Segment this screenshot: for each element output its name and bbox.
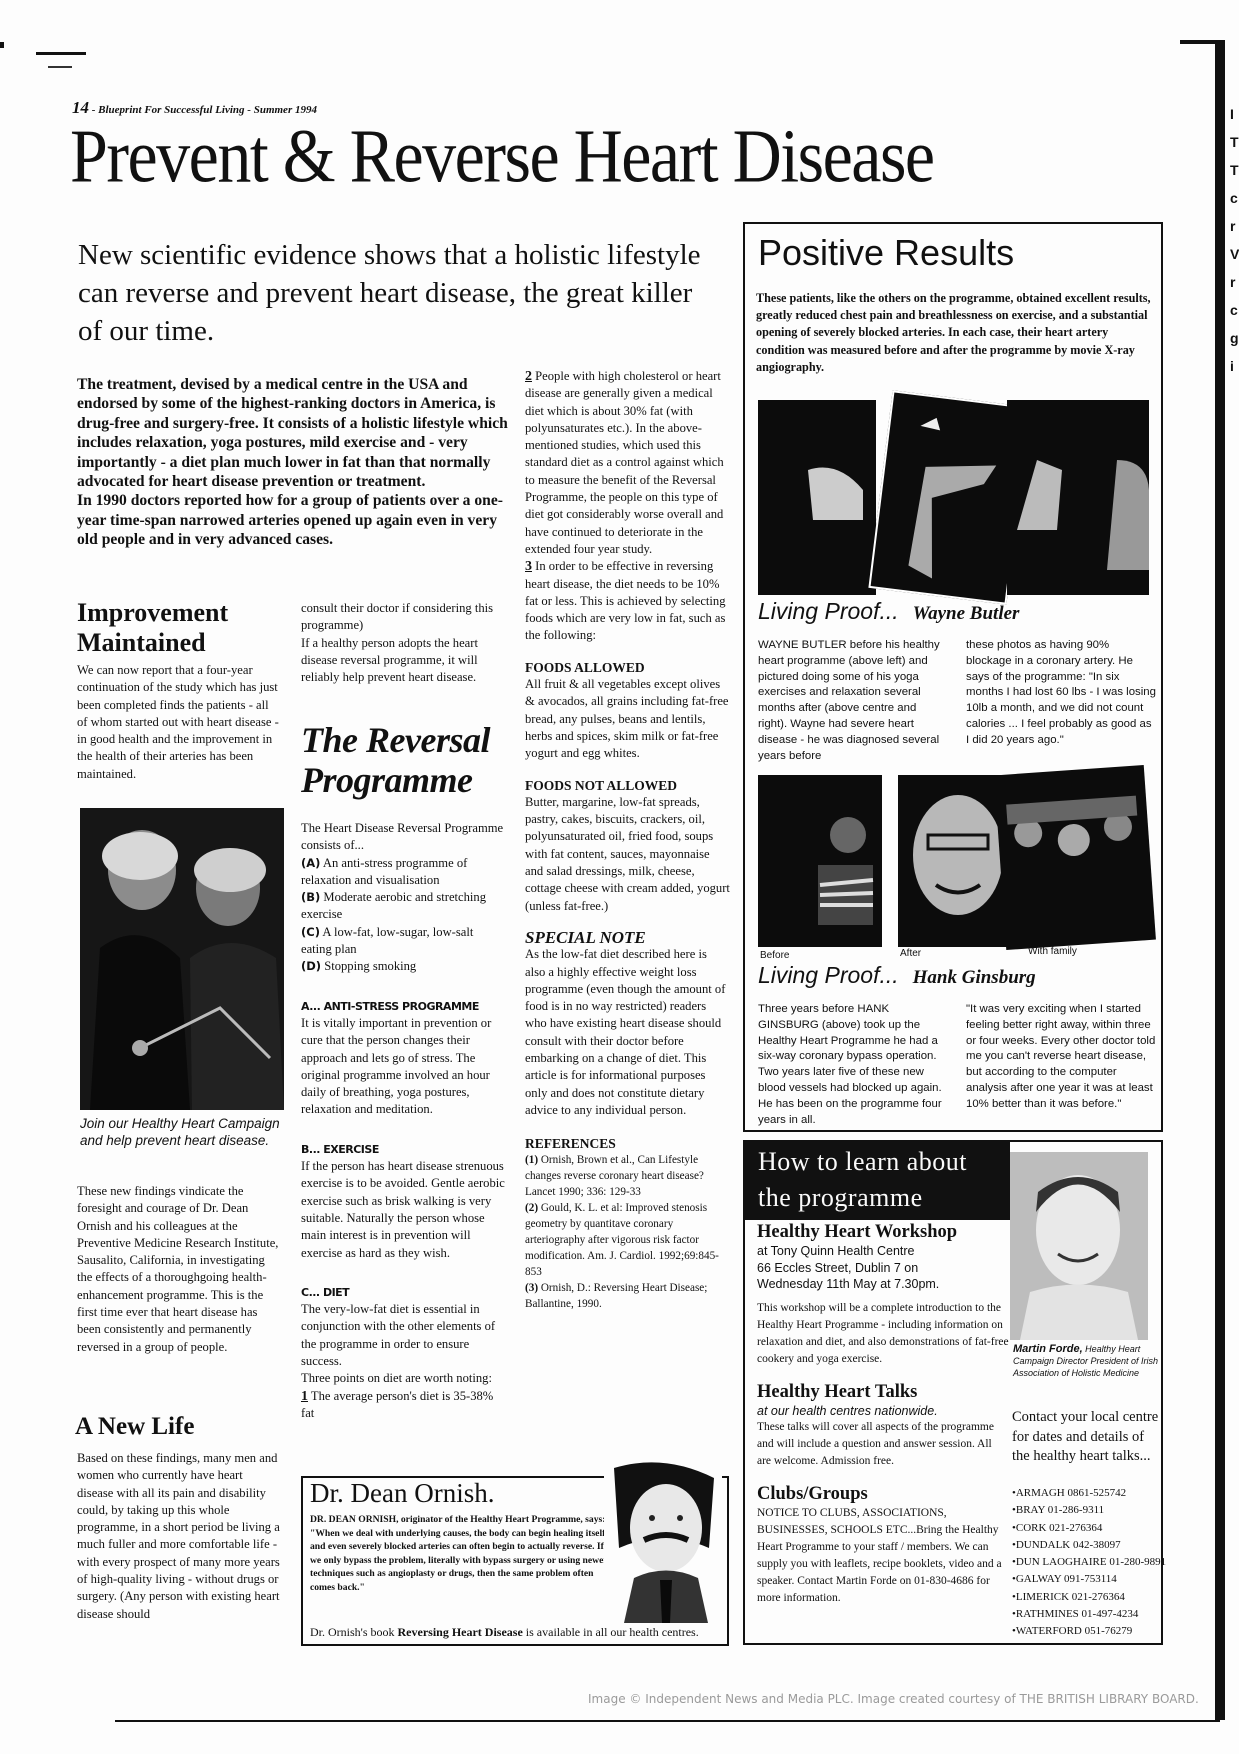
centre-item: •DUNDALK 042-38097 bbox=[1012, 1537, 1172, 1554]
positive-results-intro: These patients, like the others on the p… bbox=[756, 290, 1156, 376]
talks-sub: at our health centres nationwide. bbox=[757, 1403, 1007, 1420]
scan-mark bbox=[0, 42, 4, 48]
centre-item: •ARMAGH 0861-525742 bbox=[1012, 1485, 1172, 1502]
scan-mark bbox=[36, 52, 86, 55]
new-life-heading: A New Life bbox=[75, 1413, 194, 1441]
copyright-footer: Image © Independent News and Media PLC. … bbox=[588, 1692, 1199, 1706]
couple-photo-caption: Join our Healthy Heart Campaign and help… bbox=[80, 1115, 280, 1149]
hank-name: Hank Ginsburg bbox=[913, 967, 1036, 988]
living-proof-label: Living Proof... bbox=[758, 598, 899, 624]
improvement-heading: Improvement Maintained bbox=[77, 598, 277, 658]
diet-point-3: 3 In order to be effective in reversing … bbox=[525, 558, 730, 644]
wayne-name: Wayne Butler bbox=[913, 603, 1020, 624]
reversal-body: The Heart Disease Reversal Programme con… bbox=[301, 820, 506, 1422]
foods-not-allowed-body: Butter, margarine, low-fat spreads, past… bbox=[525, 794, 730, 915]
page-edge bbox=[1180, 40, 1218, 44]
reversal-item: (C) A low-fat, low-sugar, low-salt eatin… bbox=[301, 924, 506, 959]
book-title: Reversing Heart Disease bbox=[398, 1625, 523, 1639]
reversal-item: (A) An anti-stress programme of relaxati… bbox=[301, 855, 506, 890]
hank-caption-before: Before bbox=[760, 950, 789, 961]
workshop-address: 66 Eccles Street, Dublin 7 on bbox=[757, 1260, 1007, 1277]
talks-heading: Healthy Heart Talks bbox=[757, 1382, 1007, 1403]
foods-allowed-body: All fruit & all vegetables except olives… bbox=[525, 676, 730, 762]
standfirst: New scientific evidence shows that a hol… bbox=[78, 236, 718, 350]
ornish-book-note: Dr. Ornish's book Reversing Heart Diseas… bbox=[310, 1625, 699, 1640]
hank-photo-family bbox=[994, 765, 1156, 950]
page-edge bbox=[115, 1720, 1220, 1722]
wayne-heading: Living Proof...Wayne Butler bbox=[758, 598, 1019, 625]
hank-text-right: "It was very exciting when I started fee… bbox=[966, 1002, 1156, 1113]
learn-title: How to learn about the programme bbox=[758, 1144, 967, 1216]
reference-item: (3) Ornish, D.: Reversing Heart Disease;… bbox=[525, 1280, 730, 1312]
centre-item: •RATHMINES 01-497-4234 bbox=[1012, 1606, 1172, 1623]
diet-point-1: 1 The average person's diet is 35-38% fa… bbox=[301, 1388, 506, 1423]
reversal-heading: The Reversal Programme bbox=[301, 720, 511, 800]
special-note-heading: SPECIAL NOTE bbox=[525, 929, 730, 946]
lead-paragraph: The treatment, devised by a medical cent… bbox=[77, 375, 517, 550]
wayne-text-left: WAYNE BUTLER before his healthy heart pr… bbox=[758, 638, 948, 764]
diet-body: The very-low-fat diet is essential in co… bbox=[301, 1301, 506, 1370]
living-proof-label: Living Proof... bbox=[758, 962, 899, 988]
foods-not-allowed-heading: FOODS NOT ALLOWED bbox=[525, 777, 730, 794]
hank-heading: Living Proof...Hank Ginsburg bbox=[758, 962, 1036, 989]
col2-p1: consult their doctor if considering this… bbox=[301, 600, 506, 635]
talks-body: These talks will cover all aspects of th… bbox=[757, 1419, 1007, 1470]
page-edge bbox=[1215, 40, 1225, 1720]
new-life-body: Based on these findings, many men and wo… bbox=[77, 1450, 282, 1623]
improvement-body: We can now report that a four-year conti… bbox=[77, 662, 282, 783]
col3-body: 2 People with high cholesterol or heart … bbox=[525, 368, 730, 1312]
diet-heading: C... DIET bbox=[301, 1284, 506, 1301]
adjacent-page-edge-text: I T T c r V r c g i bbox=[1230, 100, 1239, 380]
centre-item: •BRAY 01-286-9311 bbox=[1012, 1502, 1172, 1519]
diet-point-2: 2 People with high cholesterol or heart … bbox=[525, 368, 730, 558]
hank-photo-before bbox=[758, 775, 882, 947]
col2-p2: If a healthy person adopts the heart dis… bbox=[301, 635, 506, 687]
workshop-body: This workshop will be a complete introdu… bbox=[757, 1300, 1012, 1368]
centre-item: •DUN LAOGHAIRE 01-280-9891 bbox=[1012, 1554, 1172, 1571]
page-title: Prevent & Reverse Heart Disease bbox=[70, 112, 934, 199]
scan-mark bbox=[48, 66, 72, 68]
centre-item: •WATERFORD 051-76279 bbox=[1012, 1623, 1172, 1640]
clubs-body: NOTICE TO CLUBS, ASSOCIATIONS, BUSINESSE… bbox=[757, 1505, 1007, 1607]
references-list: (1) Ornish, Brown et al., Can Lifestyle … bbox=[525, 1152, 730, 1312]
workshop-venue: at Tony Quinn Health Centre bbox=[757, 1243, 1007, 1260]
hank-caption-after: After bbox=[900, 948, 921, 959]
hank-caption-family: With family bbox=[1028, 946, 1077, 957]
exercise-body: If the person has heart disease strenuou… bbox=[301, 1158, 506, 1262]
centre-item: •GALWAY 091-753114 bbox=[1012, 1571, 1172, 1588]
couple-photo bbox=[80, 808, 284, 1110]
lead-p1: The treatment, devised by a medical cent… bbox=[77, 375, 517, 491]
wayne-photo-relaxation bbox=[1007, 400, 1149, 595]
col2-intro: consult their doctor if considering this… bbox=[301, 600, 506, 686]
reversal-item: (B) Moderate aerobic and stretching exer… bbox=[301, 889, 506, 924]
centre-item: •LIMERICK 021-276364 bbox=[1012, 1589, 1172, 1606]
learn-content: Healthy Heart Workshop at Tony Quinn Hea… bbox=[757, 1222, 1007, 1607]
reference-item: (2) Gould, K. L. et al: Improved stenosi… bbox=[525, 1200, 730, 1280]
positive-results-title: Positive Results bbox=[758, 232, 1014, 274]
foods-allowed-heading: FOODS ALLOWED bbox=[525, 659, 730, 676]
diet-points-intro: Three points on diet are worth noting: bbox=[301, 1370, 506, 1387]
special-note-body: As the low-fat diet described here is al… bbox=[525, 946, 730, 1119]
ornish-title: Dr. Dean Ornish. bbox=[310, 1478, 494, 1509]
martin-forde-photo bbox=[1010, 1152, 1148, 1340]
reference-item: (1) Ornish, Brown et al., Can Lifestyle … bbox=[525, 1152, 730, 1200]
lead-p2: In 1990 doctors reported how for a group… bbox=[77, 491, 517, 549]
anti-stress-heading: A... ANTI-STRESS PROGRAMME bbox=[301, 998, 506, 1015]
anti-stress-body: It is vitally important in prevention or… bbox=[301, 1015, 506, 1119]
ornish-photo bbox=[604, 1458, 722, 1623]
martin-forde-caption: Martin Forde, Healthy Heart Campaign Dir… bbox=[1013, 1343, 1163, 1379]
reversal-intro: The Heart Disease Reversal Programme con… bbox=[301, 820, 506, 855]
centre-item: •CORK 021-276364 bbox=[1012, 1520, 1172, 1537]
workshop-date: Wednesday 11th May at 7.30pm. bbox=[757, 1276, 1007, 1293]
exercise-heading: B... EXERCISE bbox=[301, 1141, 506, 1158]
references-heading: REFERENCES bbox=[525, 1135, 730, 1152]
findings-body: These new findings vindicate the foresig… bbox=[77, 1183, 282, 1356]
reversal-item: (D) Stopping smoking bbox=[301, 958, 506, 975]
ornish-quote: DR. DEAN ORNISH, originator of the Healt… bbox=[310, 1513, 610, 1594]
contact-heading: Contact your local centre for dates and … bbox=[1012, 1408, 1162, 1467]
wayne-photo-before bbox=[758, 400, 876, 595]
hank-text-left: Three years before HANK GINSBURG (above)… bbox=[758, 1002, 948, 1128]
wayne-text-right: these photos as having 90% blockage in a… bbox=[966, 638, 1156, 749]
centres-list: •ARMAGH 0861-525742 •BRAY 01-286-9311 •C… bbox=[1012, 1485, 1172, 1641]
clubs-heading: Clubs/Groups bbox=[757, 1484, 1007, 1505]
couple-photo-image bbox=[80, 808, 284, 1110]
workshop-heading: Healthy Heart Workshop bbox=[757, 1222, 1007, 1243]
